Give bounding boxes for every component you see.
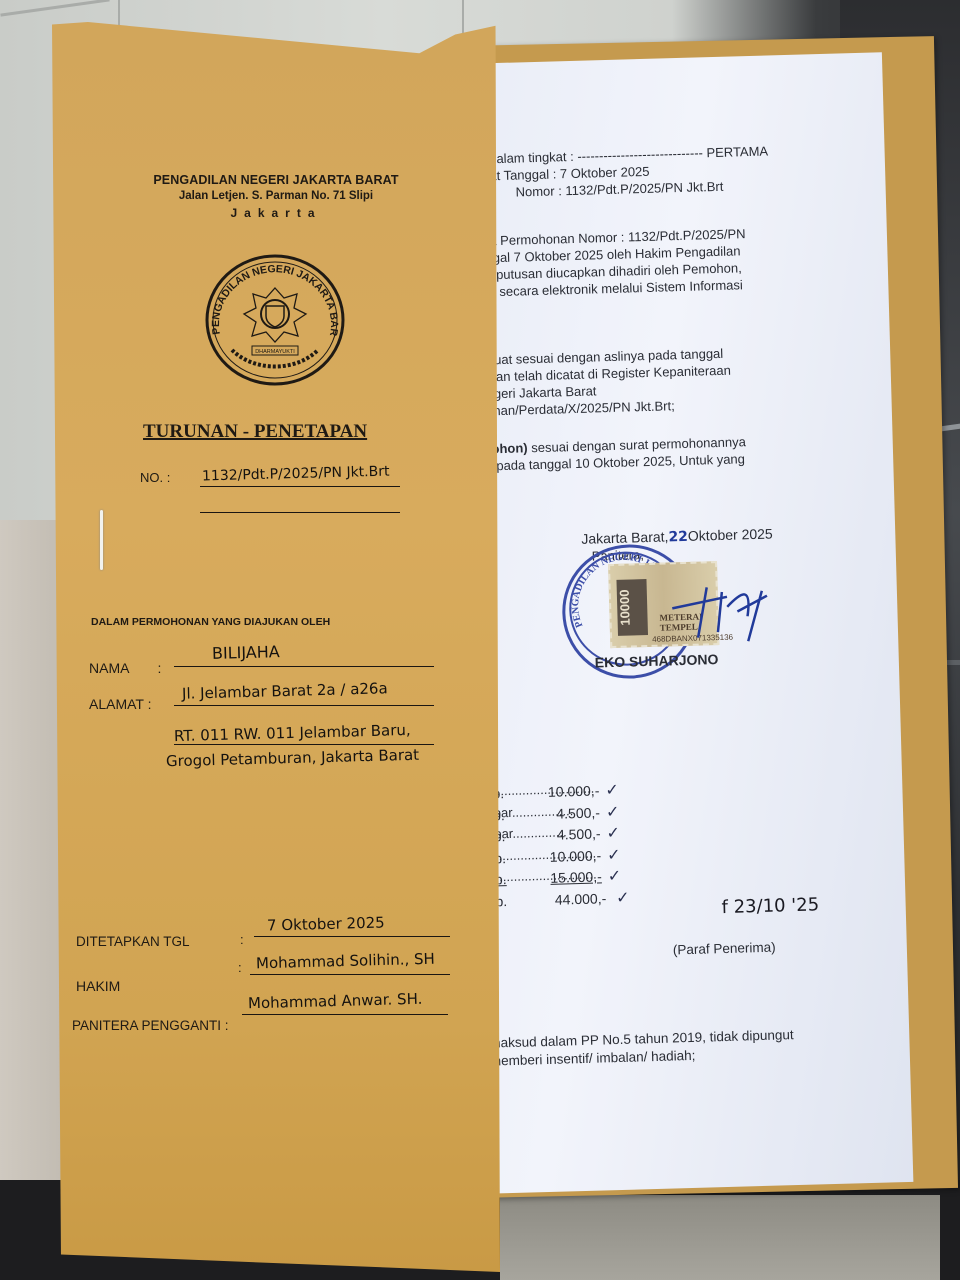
cloth-background	[500, 1195, 940, 1280]
address-label: ALAMAT :	[89, 696, 152, 712]
date-colon: :	[240, 932, 244, 947]
applicant-heading: DALAM PERMOHONAN YANG DIAJUKAN OLEH	[91, 616, 330, 628]
svg-text:PENGADILAN NEGERI JAKARTA BARA: PENGADILAN NEGERI JAKARTA BARAT	[204, 250, 340, 337]
svg-text:DHARMAYUKTI: DHARMAYUKTI	[255, 349, 295, 355]
judge-handwritten: Mohammad Solihin., SH	[256, 950, 435, 973]
date-label: DITETAPKAN TGL	[76, 934, 190, 949]
receiver-initial: f 23/10 '25	[721, 894, 819, 918]
clerk-handwritten: Mohammad Anwar. SH.	[248, 990, 423, 1013]
initial-caption: (Paraf Penerima)	[673, 940, 776, 958]
number-label: NO. :	[140, 470, 170, 485]
court-city: Jakarta	[52, 206, 500, 220]
address-underline-1	[174, 705, 434, 706]
check-mark-icon: ✓	[616, 888, 630, 908]
clerk-underline	[242, 1014, 448, 1015]
court-seal-icon: PENGADILAN NEGERI JAKARTA BARAT DHARMAYU…	[204, 250, 346, 386]
address-line-2: RT. 011 RW. 011 Jelambar Baru,	[174, 721, 411, 745]
case-number-handwritten: 1132/Pdt.P/2025/PN Jkt.Brt	[202, 464, 390, 485]
date-underline	[254, 936, 450, 937]
signer-name: EKO SUHARJONO	[595, 651, 719, 670]
date-handwritten: 7 Oktober 2025	[267, 913, 385, 934]
address-line-1: Jl. Jelambar Barat 2a / a26a	[182, 679, 388, 702]
judge-colon: :	[238, 960, 242, 975]
footer-line-2: memberi insentif/ imbalan/ hadiah;	[490, 1048, 696, 1069]
meterai-value: 10000	[616, 579, 648, 636]
ruling-document-page: lata dalam tingkat : -------------------…	[462, 52, 913, 1193]
header-line-3: Nomor : 1132/Pdt.P/2025/PN Jkt.Brt	[515, 179, 723, 200]
address-underline-2	[174, 744, 434, 745]
header-line-1: lata dalam tingkat : -------------------…	[464, 143, 768, 166]
footer-line-1: maksud dalam PP No.5 tahun 2019, tidak d…	[489, 1027, 794, 1050]
judge-underline	[250, 974, 450, 975]
staple	[100, 510, 103, 570]
name-underline	[174, 666, 434, 667]
folder-cover: PENGADILAN NEGERI JAKARTA BARAT Jalan Le…	[52, 22, 500, 1272]
address-line-3: Grogol Petamburan, Jakarta Barat	[166, 746, 419, 771]
name-label: NAMA:	[89, 660, 161, 676]
number-underline	[200, 486, 400, 487]
number-underline-2	[200, 512, 400, 513]
signature-icon	[666, 575, 778, 648]
court-address: Jalan Letjen. S. Parman No. 71 Slipi	[52, 190, 500, 202]
judge-label: HAKIM	[76, 978, 120, 994]
applicant-name-handwritten: BILIJAHA	[212, 642, 280, 663]
clerk-label: PANITERA PENGGANTI :	[72, 1018, 229, 1033]
court-name: PENGADILAN NEGERI JAKARTA BARAT	[52, 173, 500, 187]
document-type-title: TURUNAN - PENETAPAN	[143, 421, 367, 443]
